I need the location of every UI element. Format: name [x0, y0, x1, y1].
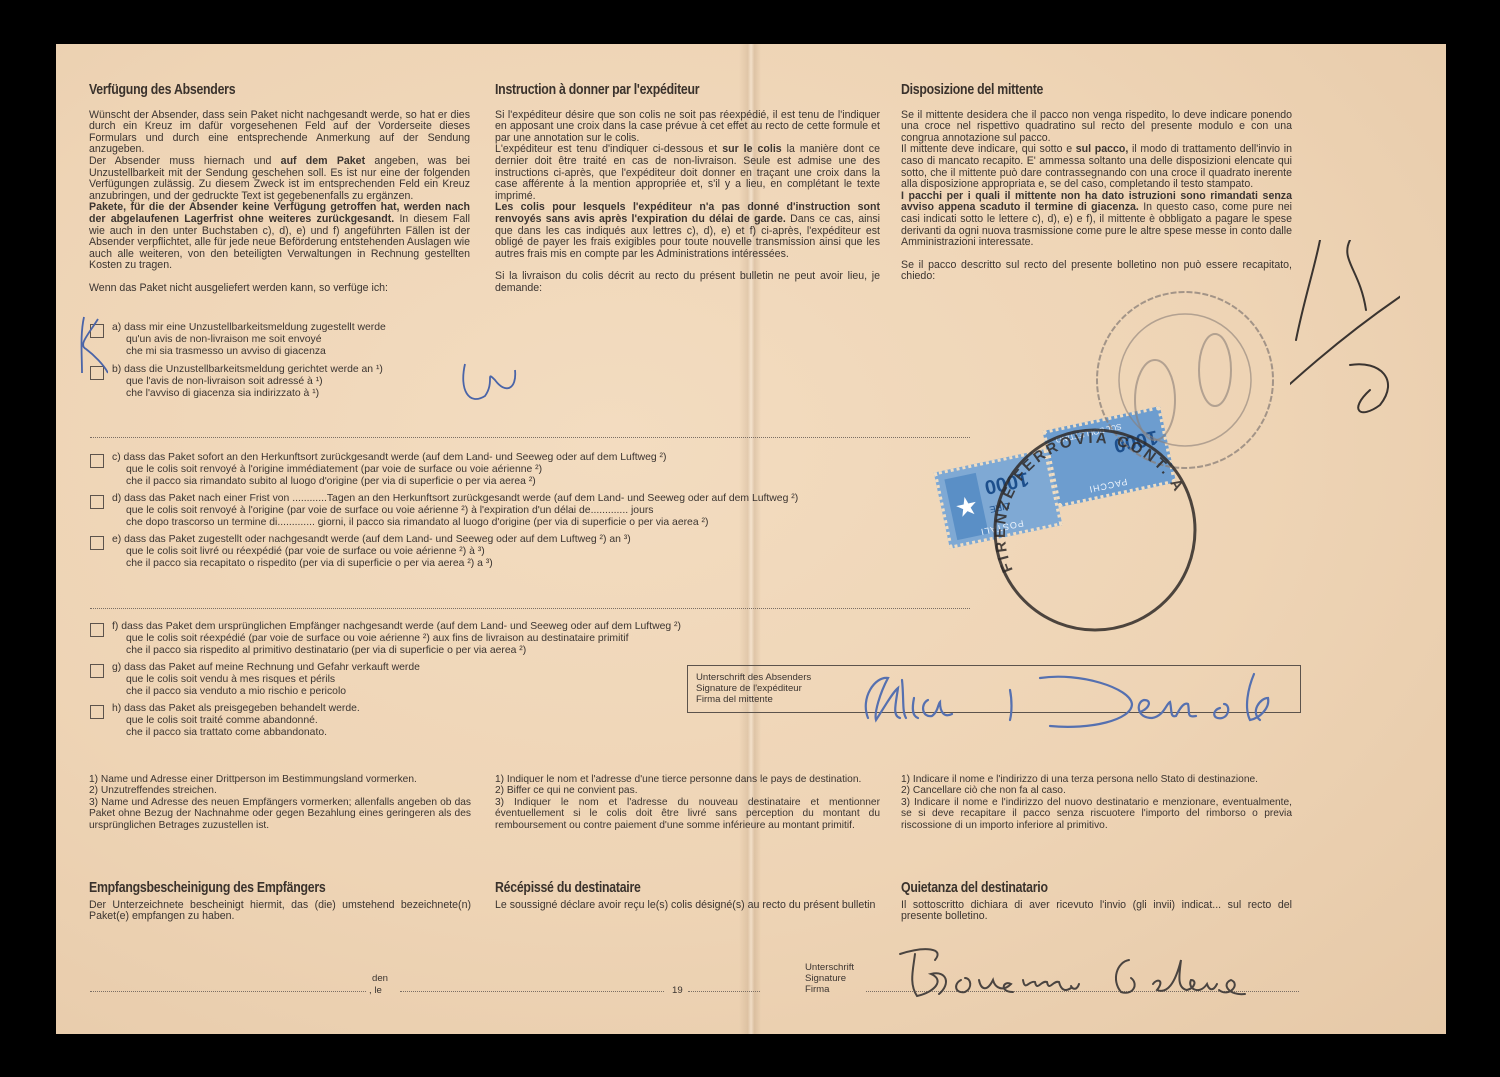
option-text-de: dass das Paket als preisgegeben behandel… [124, 703, 360, 714]
year-line[interactable] [688, 991, 760, 992]
option-text-de: dass das Paket sofort an den Herkunftsor… [124, 452, 667, 463]
address-line-b[interactable] [90, 437, 970, 438]
address-line-e[interactable] [90, 608, 970, 609]
option-text-fr: qu'un avis de non-livraison me soit envo… [112, 334, 386, 346]
checkbox-b[interactable] [90, 366, 104, 380]
option-letter: g) [112, 662, 121, 673]
option-text-fr: que le colis soit traité comme abandonné… [112, 715, 360, 727]
sender-signature-box[interactable]: Unterschrift des Absenders Signature de … [687, 665, 1301, 713]
fr-para1: Si l'expéditeur désire que son colis ne … [495, 109, 880, 144]
option-text-de: dass das Paket zugestellt oder nachgesan… [124, 534, 631, 545]
option-text-fr: que l'avis de non-livraison soit adressé… [112, 376, 383, 388]
receipt-title-it: Quietanza del destinatario [901, 882, 1222, 894]
title-it: Disposizione del mittente [901, 84, 1222, 96]
sig-label-it: Firma del mittente [696, 694, 811, 705]
footnote-de-2: 2) Unzutreffendes streichen. [89, 785, 471, 796]
receipt-sign-labels: Unterschrift Signature Firma [805, 962, 854, 995]
title-de: Verfügung des Absenders [89, 84, 401, 96]
option-letter: f) [112, 621, 118, 632]
footnote-de-1: 1) Name und Adresse einer Drittperson im… [89, 774, 471, 785]
label-year: 19 [672, 985, 683, 996]
date-line[interactable] [400, 991, 664, 992]
option-text-it: che il pacco sia venduto a mio rischio e… [112, 686, 420, 698]
sender-signature-labels: Unterschrift des Absenders Signature de … [696, 672, 811, 705]
fr-para2-bold: sur le colis [722, 143, 781, 155]
checkbox-f[interactable] [90, 623, 104, 637]
place-line[interactable] [90, 991, 366, 992]
option-text-it: che dopo trascorso un termine di........… [112, 517, 798, 529]
checkbox-g[interactable] [90, 664, 104, 678]
sign-label-it: Firma [805, 984, 854, 995]
checkbox-c[interactable] [90, 454, 104, 468]
option-letter: c) [112, 452, 121, 463]
footnotes-fr: 1) Indiquer le nom et l'adresse d'une ti… [495, 774, 880, 831]
footnote-it-2: 2) Cancellare ciò che non fa al caso. [901, 785, 1292, 796]
option-text-de: dass das Paket nach einer Frist von ....… [124, 493, 798, 504]
option-letter: d) [112, 493, 121, 504]
recipient-signature-line[interactable] [866, 991, 1299, 992]
sig-label-de: Unterschrift des Absenders [696, 672, 811, 683]
sig-label-fr: Signature de l'expéditeur [696, 683, 811, 694]
option-text-it: che il pacco sia trattato come abbandona… [112, 727, 360, 739]
de-prompt: Wenn das Paket nicht ausgeliefert werden… [89, 283, 470, 295]
de-para2: Der Absender muss hiernach und [89, 155, 281, 167]
receipt-title-fr: Récépissé du destinataire [495, 882, 811, 894]
footnote-fr-3: 3) Indiquer le nom et l'adresse du nouve… [495, 797, 880, 831]
checkbox-d[interactable] [90, 495, 104, 509]
option-text-fr: que le colis soit réexpédié (par voie de… [112, 633, 681, 645]
column-german: Verfügung des Absenders Wünscht der Abse… [89, 84, 470, 295]
option-text-de: dass die Unzustellbarkeitsmeldung gerich… [124, 364, 383, 375]
receipt-it: Quietanza del destinatario Il sottoscrit… [901, 882, 1292, 923]
footnote-fr-1: 1) Indiquer le nom et l'adresse d'une ti… [495, 774, 880, 785]
column-italian: Disposizione del mittente Se il mittente… [901, 84, 1292, 283]
it-para2: Il mittente deve indicare, qui sotto e [901, 143, 1076, 155]
checkbox-e[interactable] [90, 536, 104, 550]
it-prompt: Se il pacco descritto sul recto del pres… [901, 260, 1292, 283]
receipt-title-de: Empfangsbescheinigung des Empfängers [89, 882, 402, 894]
option-text-de: dass mir eine Unzustellbarkeitsmeldung z… [124, 322, 386, 333]
receipt-de: Empfangsbescheinigung des Empfängers Der… [89, 882, 471, 923]
option-text-it: che mi sia trasmesso un avviso di giacen… [112, 346, 386, 358]
option-text-it: che il pacco sia rispedito al primitivo … [112, 645, 681, 657]
label-den: den [372, 973, 388, 984]
it-para2-bold: sul pacco, [1076, 143, 1129, 155]
column-french: Instruction à donner par l'expéditeur Si… [495, 84, 880, 295]
footnote-it-1: 1) Indicare il nome e l'indirizzo di una… [901, 774, 1292, 785]
checkbox-h[interactable] [90, 705, 104, 719]
option-letter: e) [112, 534, 121, 545]
de-para1: Wünscht der Absender, dass sein Paket ni… [89, 109, 470, 156]
option-text-it: che il pacco sia recapitato o rispedito … [112, 558, 631, 570]
footnote-de-3: 3) Name und Adresse des neuen Empfängers… [89, 797, 471, 831]
receipt-text-fr: Le soussigné déclare avoir reçu le(s) co… [495, 900, 880, 912]
option-text-fr: que le colis soit vendu à mes risques et… [112, 674, 420, 686]
option-text-it: che l'avviso di giacenza sia indirizzato… [112, 388, 383, 400]
checkbox-a[interactable] [90, 324, 104, 338]
footnotes-it: 1) Indicare il nome e l'indirizzo di una… [901, 774, 1292, 831]
option-text-fr: que le colis soit renvoyé à l'origine (p… [112, 505, 798, 517]
label-le: , le [369, 985, 382, 996]
option-letter: b) [112, 364, 121, 375]
footnote-fr-2: 2) Biffer ce qui ne convient pas. [495, 785, 880, 796]
de-para2-bold: auf dem Paket [281, 155, 365, 167]
receipt-fr: Récépissé du destinataire Le soussigné d… [495, 882, 880, 911]
receipt-text-it: Il sottoscritto dichiara di aver ricevut… [901, 900, 1292, 923]
sign-label-fr: Signature [805, 973, 854, 984]
fr-prompt: Si la livraison du colis décrit au recto… [495, 271, 880, 294]
option-text-fr: que le colis soit livré ou réexpédié (pa… [112, 546, 631, 558]
title-fr: Instruction à donner par l'expéditeur [495, 84, 811, 96]
footnotes-de: 1) Name und Adresse einer Drittperson im… [89, 774, 471, 831]
option-text-de: dass das Paket dem ursprünglichen Empfän… [121, 621, 681, 632]
option-text-de: dass das Paket auf meine Rechnung und Ge… [124, 662, 420, 673]
sign-label-de: Unterschrift [805, 962, 854, 973]
fr-para2: L'expéditeur est tenu d'indiquer ci-dess… [495, 143, 722, 155]
it-para1: Se il mittente desidera che il pacco non… [901, 109, 1292, 144]
footnote-it-3: 3) Indicare il nome e l'indirizzo del nu… [901, 797, 1292, 831]
option-letter: h) [112, 703, 121, 714]
option-letter: a) [112, 322, 121, 333]
option-text-fr: que le colis soit renvoyé à l'origine im… [112, 464, 666, 476]
option-text-it: che il pacco sia rimandato subito al luo… [112, 476, 666, 488]
receipt-text-de: Der Unterzeichnete bescheinigt hiermit, … [89, 900, 471, 923]
